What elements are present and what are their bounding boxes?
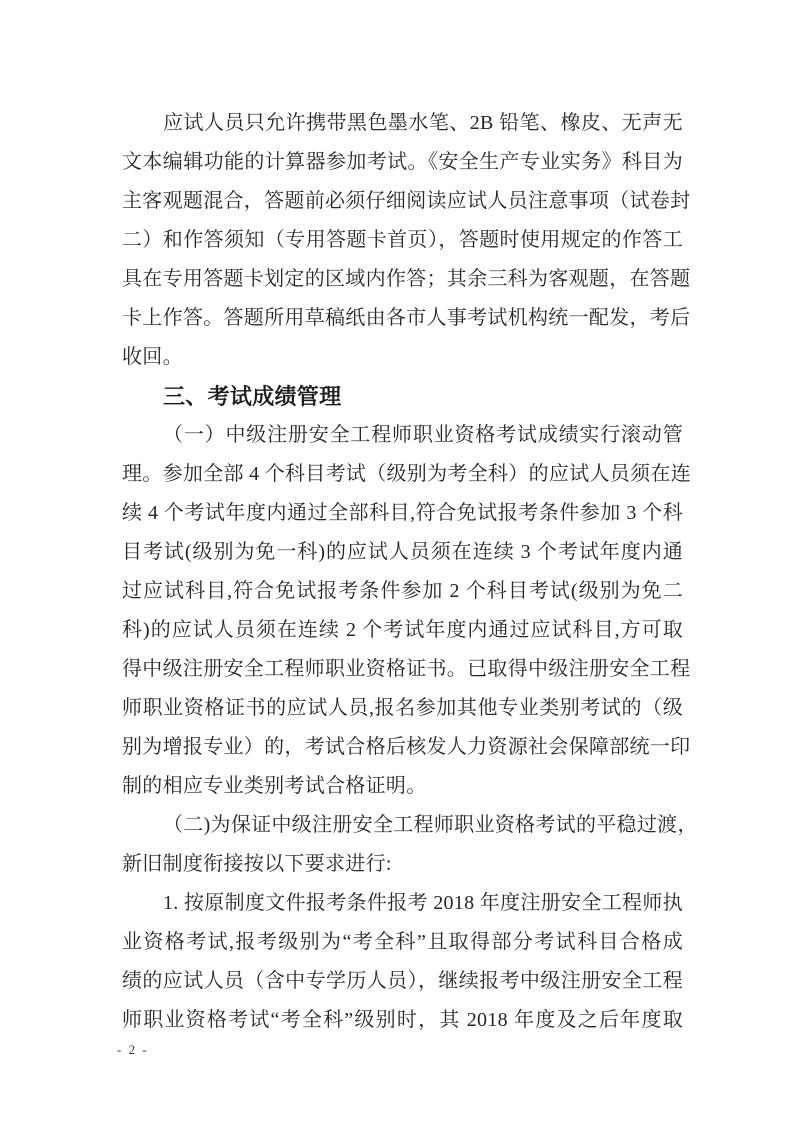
text-line: 新旧制度衔接按以下要求进行:: [122, 845, 683, 884]
text-line: 得中级注册安全工程师职业资格证书。已取得中级注册安全工程: [122, 650, 683, 689]
text-line: 师职业资格考试“考全科”级别时，其 2018 年度及之后年度取: [122, 1001, 683, 1040]
text-line: 二）和作答须知（专用答题卡首页），答题时使用规定的作答工: [122, 221, 683, 260]
text-line: 业资格考试,报考级别为“考全科”且取得部分考试科目合格成: [122, 923, 683, 962]
text-line: 具在专用答题卡划定的区域内作答；其余三科为客观题，在答题: [122, 260, 683, 299]
text-line: 卡上作答。答题所用草稿纸由各市人事考试机构统一配发，考后: [122, 299, 683, 338]
text-line: 师职业资格证书的应试人员,报名参加其他专业类别考试的（级: [122, 689, 683, 728]
document-page: 应试人员只允许携带黑色墨水笔、2B 铅笔、橡皮、无声无 文本编辑功能的计算器参加…: [0, 0, 800, 1132]
text-line: 制的相应专业类别考试合格证明。: [122, 767, 683, 806]
text-line: 文本编辑功能的计算器参加考试。《安全生产专业实务》科目为: [122, 143, 683, 182]
text-line: 过应试科目,符合免试报考条件参加 2 个科目考试(级别为免二: [122, 572, 683, 611]
text-line: 理。参加全部 4 个科目考试（级别为考全科）的应试人员须在连: [122, 455, 683, 494]
text-line: 绩的应试人员（含中专学历人员），继续报考中级注册安全工程: [122, 962, 683, 1001]
section-heading: 三、考试成绩管理: [122, 377, 683, 416]
text-line: 主客观题混合，答题前必须仔细阅读应试人员注意事项（试卷封: [122, 182, 683, 221]
text-line: 应试人员只允许携带黑色墨水笔、2B 铅笔、橡皮、无声无: [122, 104, 683, 143]
text-line: 科)的应试人员须在连续 2 个考试年度内通过应试科目,方可取: [122, 611, 683, 650]
text-line: （二)为保证中级注册安全工程师职业资格考试的平稳过渡，: [122, 806, 683, 845]
text-line: 续 4 个考试年度内通过全部科目,符合免试报考条件参加 3 个科: [122, 494, 683, 533]
text-line: 别为增报专业）的，考试合格后核发人力资源社会保障部统一印: [122, 728, 683, 767]
text-line: 目考试(级别为免一科)的应试人员须在连续 3 个考试年度内通: [122, 533, 683, 572]
text-line: 收回。: [122, 338, 683, 377]
page-number: - 2 -: [117, 1042, 149, 1058]
text-line: （一）中级注册安全工程师职业资格考试成绩实行滚动管: [122, 416, 683, 455]
text-block: 应试人员只允许携带黑色墨水笔、2B 铅笔、橡皮、无声无 文本编辑功能的计算器参加…: [122, 104, 683, 1040]
text-line: 1. 按原制度文件报考条件报考 2018 年度注册安全工程师执: [122, 884, 683, 923]
